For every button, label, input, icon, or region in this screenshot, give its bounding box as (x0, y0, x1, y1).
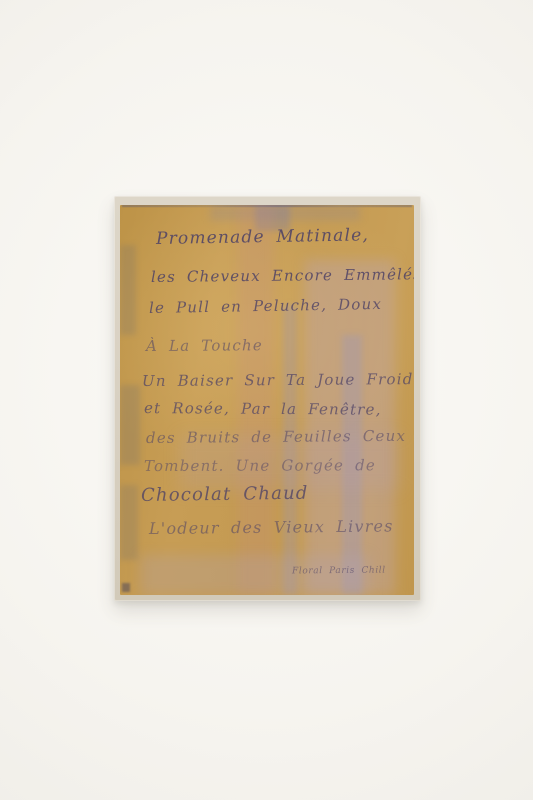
backing-paper: Promenade Matinale, les Cheveux Encore E… (114, 196, 421, 601)
poem-line-2: les Cheveux Encore Emmêlés (151, 265, 414, 286)
poem-line-10: L'odeur des Vieux Livres (149, 516, 394, 538)
paint-streak-left-gray-1 (120, 245, 136, 335)
pencil-corner-mark (122, 583, 130, 592)
paper-top-edge-line (122, 205, 412, 207)
paint-streak-periwinkle-center (283, 305, 297, 595)
poem-line-6: et Rosée, Par la Fenêtre, (144, 399, 382, 419)
poem-line-5: Un Baiser Sur Ta Joue Froide (142, 370, 414, 390)
poem-line-9: Chocolat Chaud (141, 483, 309, 506)
paint-streak-left-gray-3 (120, 485, 138, 560)
poem-line-4: À La Touche (146, 336, 263, 355)
paint-streak-left-gray-2 (120, 385, 140, 465)
paint-streak-top-faint (210, 205, 360, 221)
photo-backdrop: Promenade Matinale, les Cheveux Encore E… (0, 0, 533, 800)
poem-line-3: le Pull en Peluche, Doux (149, 295, 382, 317)
poem-line-1: Promenade Matinale, (156, 225, 369, 249)
poem-line-8: Tombent. Une Gorgée de (144, 456, 376, 475)
poem-line-7: des Bruits de Feuilles Ceux (146, 427, 406, 447)
painted-sheet: Promenade Matinale, les Cheveux Encore E… (120, 205, 414, 595)
artist-signature: Floral Paris Chill (292, 566, 386, 577)
